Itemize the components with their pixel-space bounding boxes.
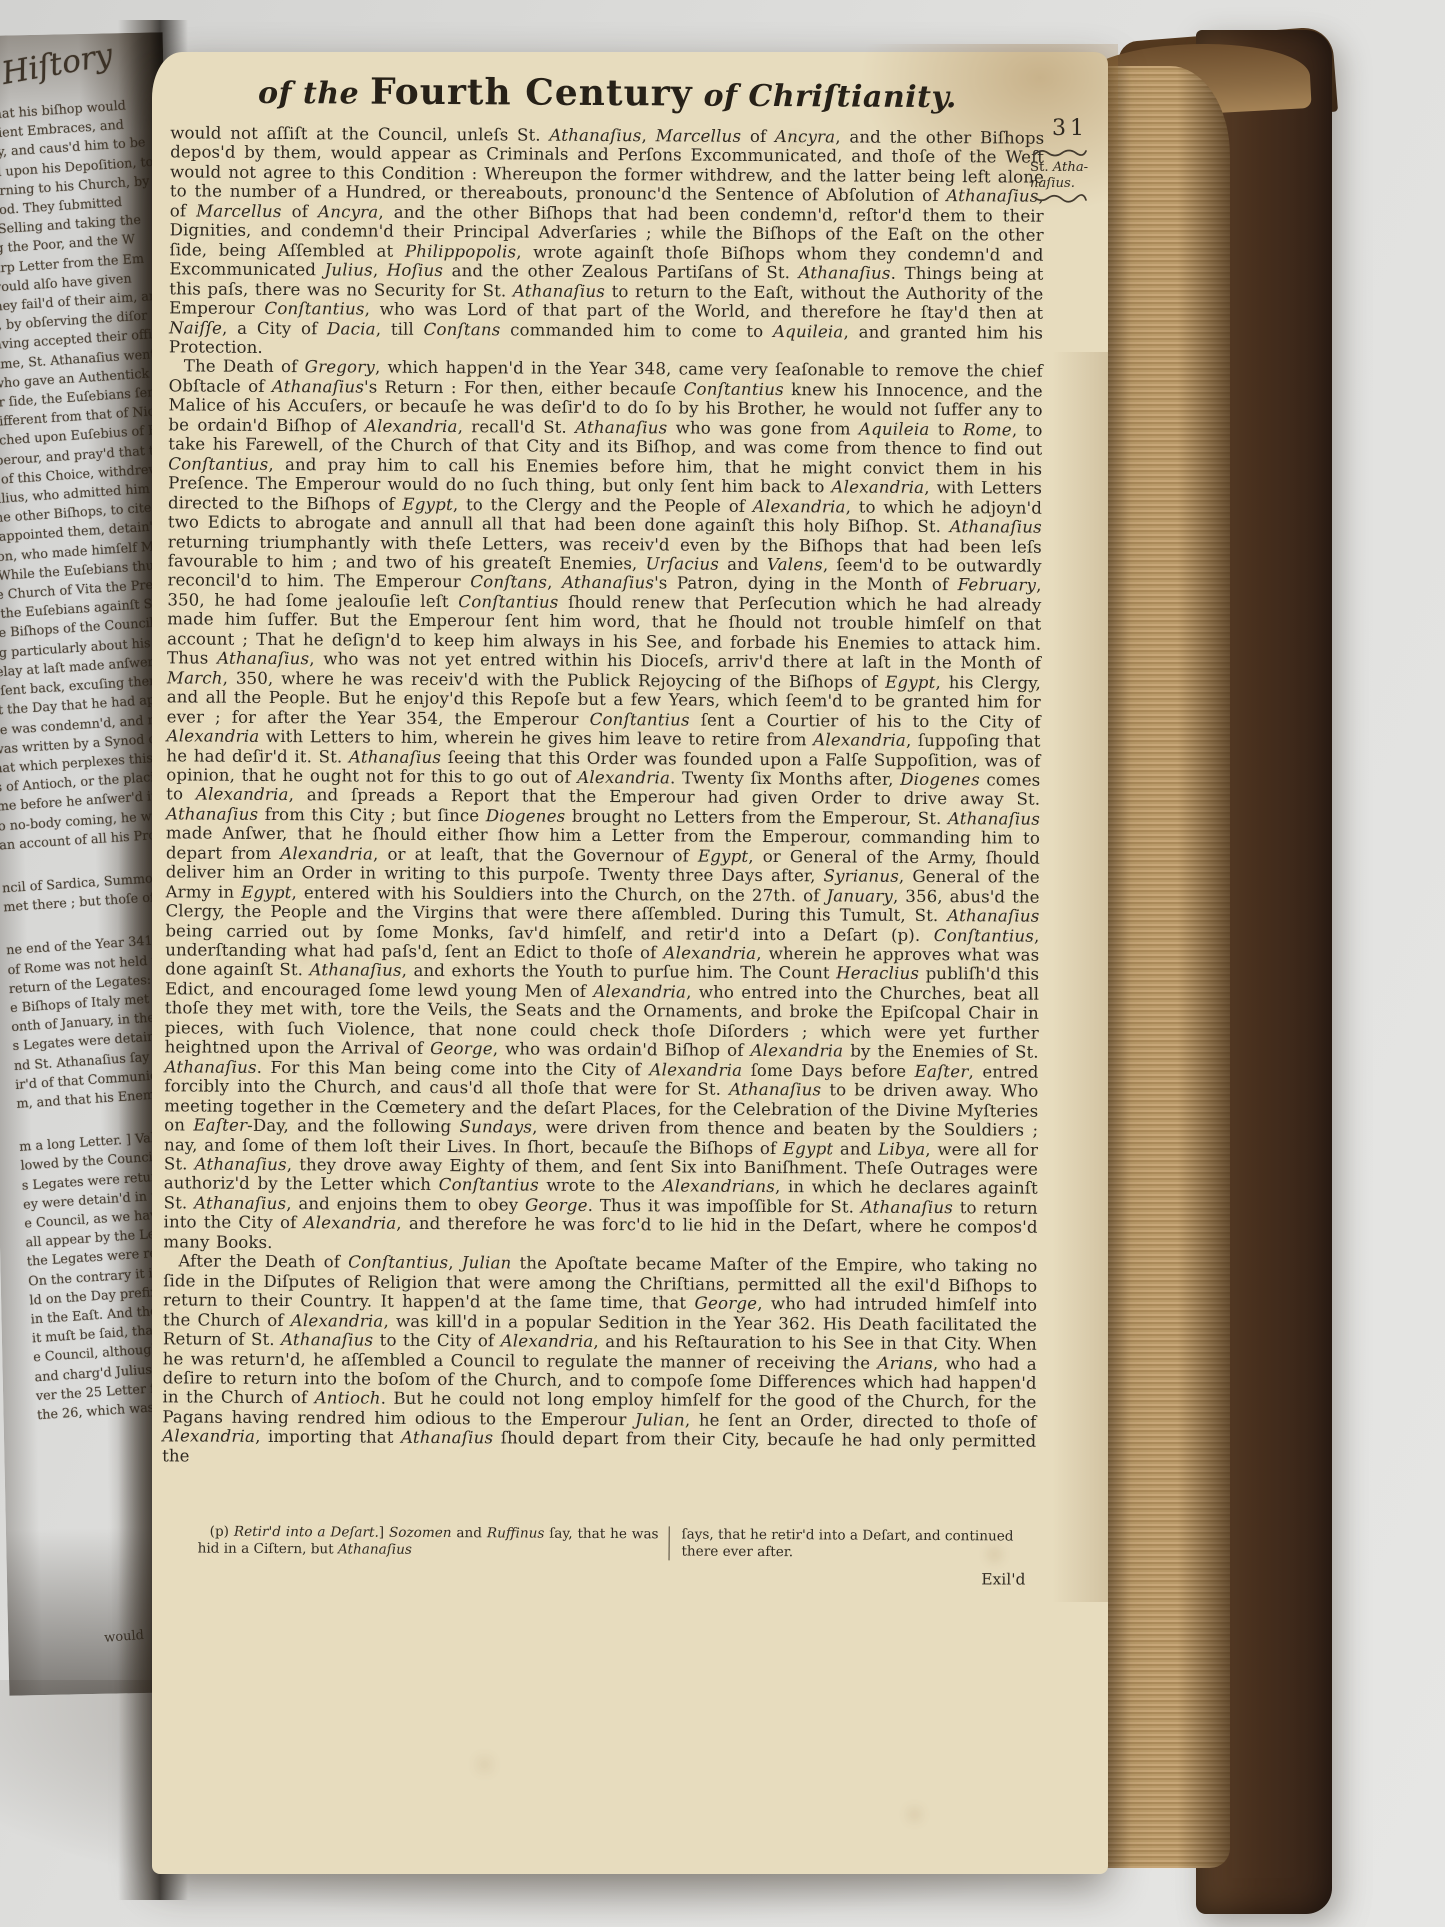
text-segment: commanded him to come to <box>500 320 773 341</box>
italic-text-segment: Athanaſius <box>164 1057 256 1077</box>
margin-note-word1: Atha- <box>1053 160 1088 175</box>
footnote: (p) Retir'd into a Deſart.] Sozomen and … <box>198 1524 1044 1563</box>
book-photo: Hiſtory ſays, That his biſhop wouldhis a… <box>0 0 1445 1927</box>
text-segment: , a City of <box>222 318 327 338</box>
text-segment: and <box>452 1525 487 1541</box>
italic-text-segment: Naiſſe <box>169 318 222 337</box>
italic-text-segment: Conſtantius <box>348 1253 448 1273</box>
italic-text-segment: Athanaſius <box>338 1542 412 1558</box>
italic-text-segment: Athanaſius <box>562 573 654 593</box>
italic-text-segment: George <box>430 1039 493 1058</box>
body-paragraph: After the Death of Conſtantius, Julian t… <box>162 1252 1037 1471</box>
italic-text-segment: Alexandria <box>501 1331 594 1351</box>
italic-text-segment: Conſtantius <box>168 454 268 474</box>
italic-text-segment: Egypt <box>698 846 749 865</box>
italic-text-segment: Athanaſius <box>861 1198 953 1218</box>
italic-text-segment: Diogenes <box>486 806 566 825</box>
italic-text-segment: Sundays <box>459 1117 532 1136</box>
italic-text-segment: Gregory <box>305 358 375 377</box>
italic-text-segment: Alexandria <box>663 943 756 963</box>
italic-text-segment: Conſtantius <box>458 592 558 612</box>
text-segment: and <box>833 1139 878 1158</box>
italic-text-segment: Aquileia <box>773 322 844 341</box>
italic-text-segment: Athanaſius <box>513 281 605 301</box>
italic-text-segment: Alexandria <box>577 768 670 788</box>
italic-text-segment: Egypt <box>241 882 292 901</box>
italic-text-segment: Julius <box>324 260 372 279</box>
italic-text-segment: Athanaſius <box>575 418 667 438</box>
italic-text-segment: Libya <box>878 1139 925 1158</box>
italic-text-segment: Conſtantius <box>439 1175 539 1195</box>
italic-text-segment: Arians <box>877 1353 933 1372</box>
italic-text-segment: Athanaſius <box>798 263 890 283</box>
italic-text-segment: Valens <box>767 555 823 574</box>
italic-text-segment: Athanaſius <box>195 1155 287 1175</box>
text-segment: , till <box>376 319 424 338</box>
running-header: of the Fourth Century of Chriſtianity. <box>170 69 1044 116</box>
text-segment: to <box>929 420 963 439</box>
text-segment: would not aſſiſt at the Council, unleſs … <box>170 123 549 144</box>
italic-text-segment: Marcellus <box>656 126 742 146</box>
text-segment: , and enjoins them to obey <box>286 1194 525 1214</box>
italic-text-segment: George <box>695 1294 758 1313</box>
italic-text-segment: Egypt <box>402 494 453 513</box>
text-segment: Fourth Century <box>370 71 693 115</box>
italic-text-segment: Alexandria <box>593 982 686 1002</box>
italic-text-segment: Athanaſius <box>194 1193 286 1213</box>
italic-text-segment: Alexandria <box>303 1214 396 1234</box>
text-segment: brought no Letters from the Emperour, St… <box>565 807 948 828</box>
italic-text-segment: Alexandria <box>813 730 906 750</box>
italic-text-segment: Alexandria <box>753 497 846 517</box>
footnote-left-column: (p) Retir'd into a Deſart.] Sozomen and … <box>198 1524 669 1561</box>
italic-text-segment: Alexandria <box>649 1060 742 1080</box>
italic-text-segment: Conſtantius <box>590 710 690 730</box>
italic-text-segment: Eaſter <box>193 1116 247 1135</box>
text-segment: from this City ; but ſince <box>258 805 486 825</box>
text-segment: ſome Days before <box>742 1061 915 1081</box>
italic-text-segment: Antioch <box>315 1389 381 1408</box>
text-segment: and the other Zealous Partiſans of St. <box>443 261 799 282</box>
italic-text-segment: Heraclius <box>836 964 919 984</box>
text-segment: -Day, and the following <box>247 1116 460 1136</box>
text-segment: 's Return : For then, either becauſe <box>364 377 684 398</box>
text-segment: The Death of <box>184 357 305 377</box>
italic-text-segment: Urſacius <box>646 554 719 573</box>
italic-text-segment: Conſtantius <box>934 926 1034 946</box>
italic-text-segment: Rome <box>963 420 1012 439</box>
italic-text-segment: Egypt <box>783 1139 834 1158</box>
italic-text-segment: Athanaſius <box>217 649 309 669</box>
italic-text-segment: Athanaſius <box>349 747 441 767</box>
text-segment: 's Patron, dying in the Month of <box>654 574 958 595</box>
fore-edge-page-stack <box>1098 66 1230 1868</box>
italic-text-segment: Conſtantius <box>684 379 784 399</box>
italic-text-segment: Athanaſius <box>166 804 258 824</box>
body-paragraph: The Death of Gregory, which happen'd in … <box>163 357 1042 1257</box>
italic-text-segment: Alexandria <box>291 1311 384 1331</box>
text-segment: . Thus it was impoſſible for St. <box>588 1196 861 1217</box>
italic-text-segment: Athanaſius <box>281 1330 373 1350</box>
text-segment: , or at leaſt, that the Governour of <box>373 844 698 865</box>
paper-stain <box>1038 352 1108 1602</box>
italic-text-segment: Conſtantius <box>264 299 364 319</box>
italic-text-segment: Ancyra <box>318 202 378 221</box>
italic-text-segment: Julian <box>462 1253 512 1272</box>
text-segment: ] <box>379 1525 389 1541</box>
text-segment: and <box>719 555 767 574</box>
italic-text-segment: Marcellus <box>196 201 282 221</box>
text-segment: , <box>641 126 655 145</box>
italic-text-segment: Aquileia <box>859 419 930 438</box>
italic-text-segment: Syrianus <box>824 867 899 886</box>
margin-note-word2: naſius. <box>1030 176 1075 191</box>
brace-squiggle-icon <box>1032 192 1088 204</box>
text-segment: ſays, that he retir'd into a Deſart, and… <box>681 1527 1013 1561</box>
italic-text-segment: Athanaſius <box>309 961 401 981</box>
text-segment: , he ſent an Order, directed to thoſe of <box>685 1410 1037 1431</box>
italic-text-segment: Julian <box>635 1410 685 1429</box>
text-segment: of <box>282 202 318 221</box>
italic-text-segment: Ancyra <box>775 127 835 146</box>
italic-text-segment: January <box>826 886 893 905</box>
italic-text-segment: Athanaſius <box>947 906 1039 926</box>
text-segment: , and exhorts the Youth to purſue him. T… <box>402 961 837 983</box>
text-segment: , importing that <box>255 1427 401 1447</box>
italic-text-segment: Alexandria <box>750 1041 843 1061</box>
page-number: 31 <box>1052 116 1108 141</box>
text-segment: , <box>448 1253 462 1272</box>
text-segment: (p) <box>210 1524 234 1540</box>
italic-text-segment: Athanaſius <box>272 377 364 397</box>
catchword: Exil'd <box>161 1566 1025 1589</box>
margin-column: 31 St. Atha- naſius. <box>1030 116 1108 205</box>
italic-text-segment: Athanaſius <box>948 809 1040 829</box>
text-segment: , who was ordain'd Biſhop of <box>493 1040 751 1061</box>
italic-text-segment: Conſtans <box>470 573 547 592</box>
italic-text-segment: Alexandria <box>280 844 373 864</box>
italic-text-segment: Athanaſius <box>950 517 1042 537</box>
italic-text-segment: Alexandria <box>365 416 458 436</box>
italic-text-segment: Conſtans <box>424 319 501 338</box>
italic-text-segment: George <box>525 1195 588 1214</box>
text-segment: wrote to the <box>539 1176 663 1196</box>
text-segment: , recall'd St. <box>458 417 576 437</box>
italic-text-segment: February <box>958 576 1037 595</box>
text-block: of the Fourth Century of Chriſtianity. w… <box>161 69 1044 1589</box>
italic-text-segment: Athanaſius <box>401 1428 493 1448</box>
text-segment: , <box>373 261 387 280</box>
italic-text-segment: Philippopolis <box>405 241 516 261</box>
italic-text-segment: Alexandria <box>162 1427 255 1447</box>
italic-text-segment: Alexandria <box>831 478 924 498</box>
italic-text-segment: Sozomen <box>389 1525 452 1541</box>
italic-text-segment: Dacia <box>327 319 376 338</box>
italic-text-segment: Retir'd into a Deſart. <box>234 1524 379 1541</box>
italic-text-segment: Alexandrians <box>663 1177 776 1197</box>
text-segment: After the Death of <box>178 1252 348 1272</box>
italic-text-segment: Ruffinus <box>487 1526 545 1542</box>
foxing-spots <box>152 52 157 57</box>
margin-note-prefix: St. <box>1030 160 1049 175</box>
text-segment: , entered with his Souldiers into the Ch… <box>292 883 827 905</box>
italic-text-segment: Egypt <box>885 672 936 691</box>
brace-squiggle-icon <box>1032 147 1088 159</box>
italic-text-segment: Athanaſius <box>729 1080 821 1100</box>
text-segment: who was gone from <box>667 418 859 438</box>
italic-text-segment: Hoſius <box>387 261 443 280</box>
text-segment: . For this Man being come into the City … <box>257 1058 650 1079</box>
text-segment: . Twenty ſix Months after, <box>670 768 900 788</box>
footnote-right-column: ſays, that he retir'd into a Deſart, and… <box>668 1527 1043 1563</box>
italic-text-segment: Alexandria <box>196 785 289 805</box>
text-segment: ſent a Courtier of his to the City of <box>690 710 1041 731</box>
italic-text-segment: of Chriſtianity. <box>692 79 957 116</box>
italic-text-segment: Diogenes <box>900 770 980 789</box>
body-paragraph: would not aſſiſt at the Council, unleſs … <box>169 123 1044 362</box>
text-segment: of <box>741 127 775 146</box>
right-page: of the Fourth Century of Chriſtianity. w… <box>152 52 1108 1874</box>
text-segment: to the City of <box>373 1331 501 1351</box>
italic-text-segment: Eaſter <box>915 1062 969 1081</box>
text-segment: , <box>547 573 562 592</box>
margin-note: St. Atha- naſius. <box>1030 160 1108 191</box>
italic-text-segment: March <box>167 668 223 687</box>
italic-text-segment: Athanaſius <box>946 186 1038 206</box>
italic-text-segment: Alexandria <box>167 726 260 746</box>
text-segment: by the Enemies of St. <box>843 1042 1038 1062</box>
italic-text-segment: Athanaſius <box>549 126 641 146</box>
italic-text-segment: of the <box>258 76 370 112</box>
text-segment: , to the Clergy and the People of <box>453 495 753 516</box>
